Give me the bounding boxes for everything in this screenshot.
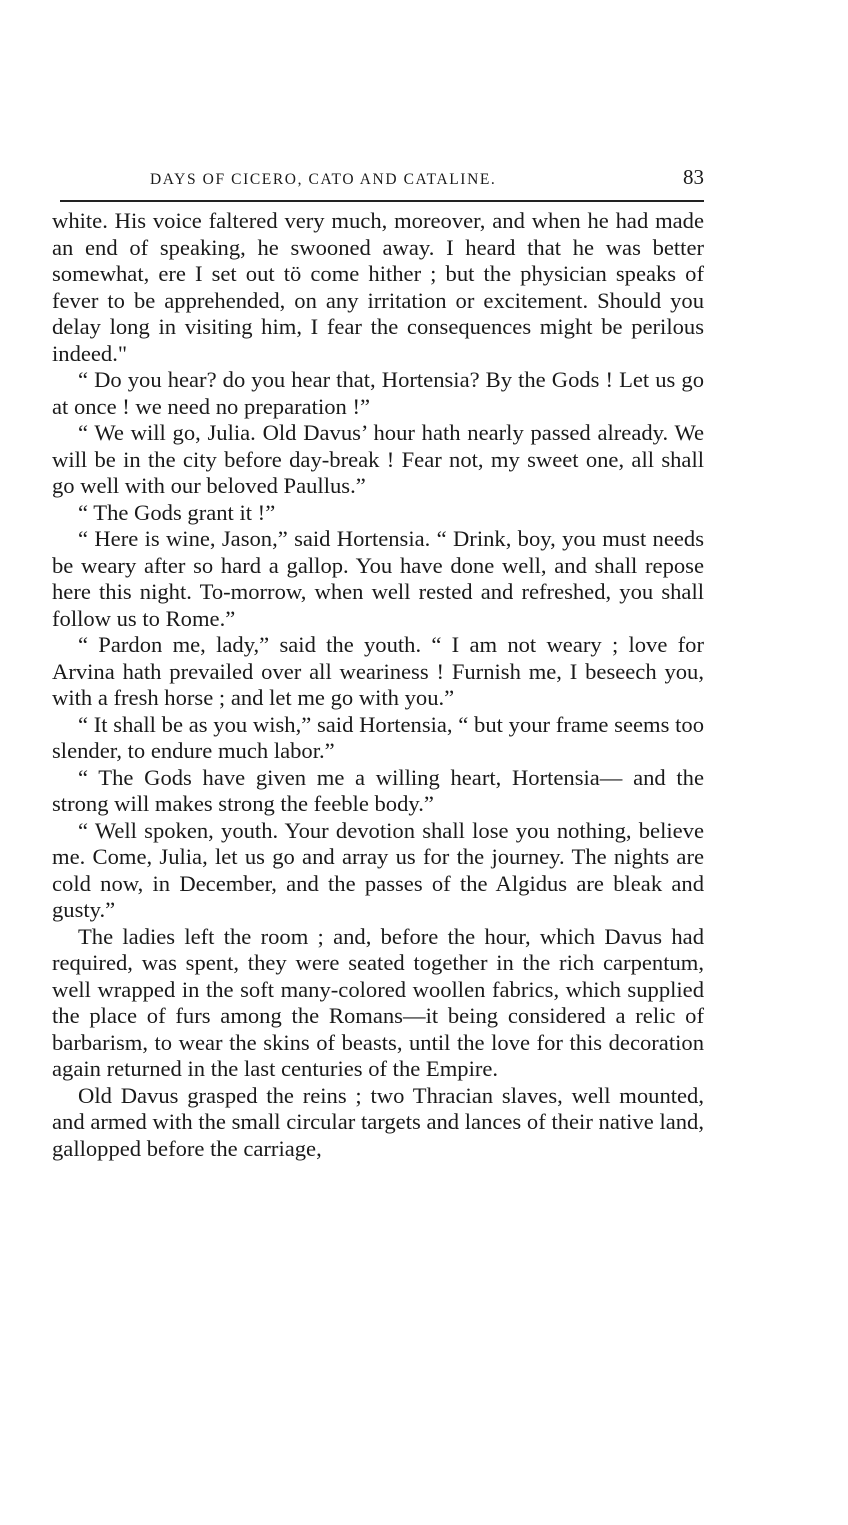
running-title: DAYS OF CICERO, CATO AND CATALINE. (150, 171, 496, 189)
paragraph: “ The Gods have given me a willing heart… (52, 765, 704, 818)
book-page: DAYS OF CICERO, CATO AND CATALINE. 83 wh… (52, 165, 704, 1162)
body-text: white. His voice faltered very much, mor… (52, 208, 704, 1162)
paragraph: “ The Gods grant it !” (52, 500, 704, 527)
paragraph: white. His voice faltered very much, mor… (52, 208, 704, 367)
running-head: DAYS OF CICERO, CATO AND CATALINE. 83 (52, 165, 704, 191)
paragraph: “ We will go, Julia. Old Davus’ hour hat… (52, 420, 704, 500)
paragraph: “ Do you hear? do you hear that, Hortens… (52, 367, 704, 420)
paragraph: “ Here is wine, Jason,” said Hortensia. … (52, 526, 704, 632)
paragraph: “ It shall be as you wish,” said Hortens… (52, 712, 704, 765)
paragraph: The ladies left the room ; and, before t… (52, 924, 704, 1083)
paragraph: “ Well spoken, youth. Your devotion shal… (52, 818, 704, 924)
paragraph: “ Pardon me, lady,” said the youth. “ I … (52, 632, 704, 712)
paragraph: Old Davus grasped the reins ; two Thraci… (52, 1083, 704, 1163)
header-rule (60, 200, 704, 202)
page-number: 83 (683, 165, 704, 190)
